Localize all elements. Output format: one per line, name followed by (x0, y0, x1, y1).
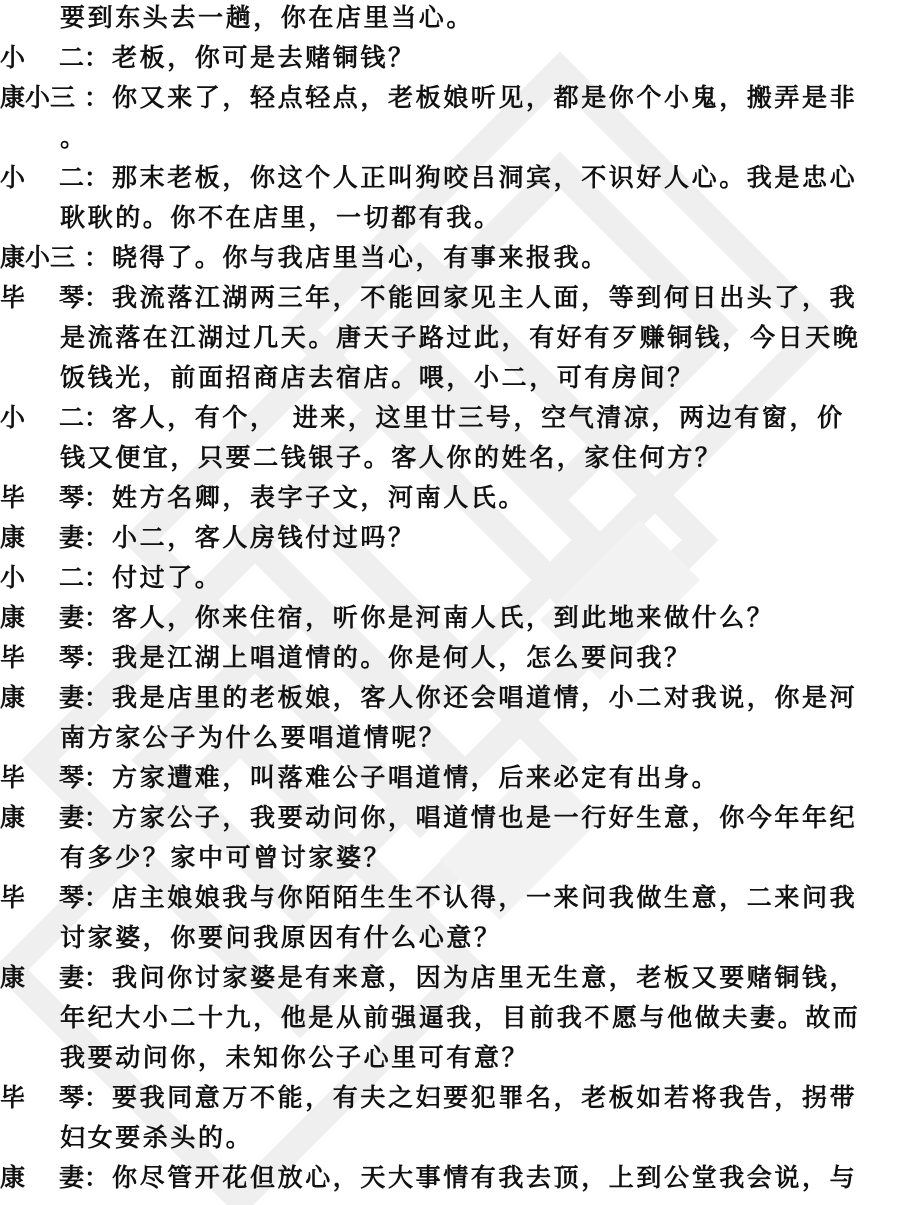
speaker-char: 琴 (59, 878, 84, 918)
speaker-colon: ： (84, 1158, 112, 1198)
speaker-char: 毕 (0, 478, 25, 518)
dialogue-text: 姓方名卿，表字子文，河南人氏。 (112, 483, 526, 512)
dialogue-text: 要我同意万不能，有夫之妇要犯罪名，老板如若将我告，拐带 (112, 1083, 857, 1112)
speaker-colon: ： (84, 798, 112, 838)
dialogue-line: 毕琴：要我同意万不能，有夫之妇要犯罪名，老板如若将我告，拐带 (0, 1078, 857, 1118)
speaker-char: 琴 (59, 1078, 84, 1118)
dialogue-text: 老板，你可是去赌铜钱？ (112, 43, 416, 72)
speaker-char: 康 (0, 1158, 25, 1198)
speaker-char: 毕 (0, 638, 25, 678)
speaker-colon: ： (84, 478, 112, 518)
speaker-char: 小 (0, 558, 25, 598)
speaker-char: 康 (0, 518, 25, 558)
dialogue-text: 晓得了。你与我店里当心，有事来报我。 (112, 243, 609, 272)
speaker-colon: ： (84, 638, 112, 678)
dialogue-continuation: 要到东头去一趟，你在店里当心。 (0, 0, 474, 38)
dialogue-line: 毕琴：方家遭难，叫落难公子唱道情，后来必定有出身。 (0, 758, 719, 798)
dialogue-text: 那末老板，你这个人正叫狗咬吕洞宾，不识好人心。我是忠心 (112, 163, 857, 192)
dialogue-text: 我要动问你，未知你公子心里可有意？ (60, 1043, 529, 1072)
speaker-name: 小二 (0, 158, 84, 198)
dialogue-text: 讨家婆，你要问我原因有什么心意？ (60, 923, 502, 952)
speaker-name: 康妻 (0, 1158, 84, 1198)
dialogue-line: 毕琴：店主娘娘我与你陌陌生生不认得，一来问我做生意，二来问我 (0, 878, 857, 918)
dialogue-continuation: 钱又便宜，只要二钱银子。客人你的姓名，家住何方？ (0, 438, 722, 478)
speaker-name: 康小三 (0, 238, 84, 278)
speaker-colon: ： (84, 518, 112, 558)
speaker-char: 妻 (59, 598, 84, 638)
dialogue-line: 毕琴：姓方名卿，表字子文，河南人氏。 (0, 478, 526, 518)
speaker-char: 妻 (59, 1158, 84, 1198)
speaker-name: 毕琴 (0, 278, 84, 318)
speaker-colon: ： (84, 38, 112, 78)
speaker-char: 琴 (59, 758, 84, 798)
dialogue-continuation: 有多少？家中可曾讨家婆？ (0, 838, 391, 878)
speaker-char: 琴 (59, 278, 84, 318)
speaker-char: 二 (59, 558, 84, 598)
dialogue-continuation: 饭钱光，前面招商店去宿店。喂，小二，可有房间？ (0, 358, 695, 398)
speaker-name: 毕琴 (0, 878, 84, 918)
dialogue-line: 康妻：方家公子，我要动问你，唱道情也是一行好生意，你今年年纪 (0, 798, 857, 838)
speaker-char: 妻 (59, 678, 84, 718)
dialogue-text: 饭钱光，前面招商店去宿店。喂，小二，可有房间？ (60, 363, 695, 392)
dialogue-line: 康妻：小二，客人房钱付过吗？ (0, 518, 416, 558)
dialogue-text: 客人，你来住宿，听你是河南人氏，到此地来做什么？ (112, 603, 774, 632)
speaker-char: 二 (59, 398, 84, 438)
dialogue-text: 我是店里的老板娘，客人你还会唱道情，小二对我说，你是河 (112, 683, 857, 712)
dialogue-text: 方家公子，我要动问你，唱道情也是一行好生意，你今年年纪 (112, 803, 857, 832)
dialogue-line: 毕琴：我是江湖上唱道情的。你是何人，怎么要问我？ (0, 638, 692, 678)
dialogue-text: 方家遭难，叫落难公子唱道情，后来必定有出身。 (112, 763, 719, 792)
dialogue-line: 小二：付过了。 (0, 558, 222, 598)
speaker-name: 康小三 (0, 78, 84, 118)
dialogue-text: 你又来了，轻点轻点，老板娘听见，都是你个小鬼，搬弄是非 (112, 83, 857, 112)
speaker-name: 小二 (0, 38, 84, 78)
dialogue-line: 康妻：客人，你来住宿，听你是河南人氏，到此地来做什么？ (0, 598, 774, 638)
dialogue-text: 钱又便宜，只要二钱银子。客人你的姓名，家住何方？ (60, 443, 722, 472)
dialogue-continuation: 。 (0, 118, 88, 158)
speaker-char: 小 (0, 38, 25, 78)
speaker-name: 小二 (0, 398, 84, 438)
dialogue-text: 付过了。 (112, 563, 222, 592)
speaker-char: 二 (59, 38, 84, 78)
speaker-name: 毕琴 (0, 758, 84, 798)
speaker-char: 琴 (59, 638, 84, 678)
dialogue-text: 。 (60, 123, 88, 152)
dialogue-continuation: 讨家婆，你要问我原因有什么心意？ (0, 918, 502, 958)
speaker-name: 康妻 (0, 798, 84, 838)
dialogue-continuation: 我要动问你，未知你公子心里可有意？ (0, 1038, 529, 1078)
speaker-name: 毕琴 (0, 1078, 84, 1118)
dialogue-text: 妇女要杀头的。 (60, 1123, 253, 1152)
dialogue-text: 是流落在江湖过几天。唐天子路过此，有好有歹赚铜钱，今日天晚 (60, 323, 860, 352)
speaker-colon: ： (84, 278, 112, 318)
speaker-name: 康妻 (0, 518, 84, 558)
speaker-char: 康 (0, 678, 25, 718)
speaker-name: 康妻 (0, 678, 84, 718)
dialogue-line: 小二：客人，有个， 进来，这里廿三号，空气清凉，两边有窗，价 (0, 398, 845, 438)
speaker-name: 毕琴 (0, 478, 84, 518)
dialogue-continuation: 妇女要杀头的。 (0, 1118, 253, 1158)
speaker-char: 康 (0, 598, 25, 638)
speaker-colon: ： (84, 958, 112, 998)
speaker-char: 琴 (59, 478, 84, 518)
dialogue-line: 康妻：我是店里的老板娘，客人你还会唱道情，小二对我说，你是河 (0, 678, 857, 718)
dialogue-text: 小二，客人房钱付过吗？ (112, 523, 416, 552)
dialogue-line: 小二：老板，你可是去赌铜钱？ (0, 38, 416, 78)
dialogue-continuation: 耿耿的。你不在店里，一切都有我。 (0, 198, 502, 238)
speaker-char: 毕 (0, 1078, 25, 1118)
speaker-colon: ： (84, 558, 112, 598)
speaker-char: 妻 (59, 798, 84, 838)
speaker-colon: ： (84, 1078, 112, 1118)
speaker-char: 妻 (59, 518, 84, 558)
dialogue-text: 店主娘娘我与你陌陌生生不认得，一来问我做生意，二来问我 (112, 883, 857, 912)
dialogue-line: 康小三：你又来了，轻点轻点，老板娘听见，都是你个小鬼，搬弄是非 (0, 78, 857, 118)
speaker-colon: ： (84, 758, 112, 798)
dialogue-line: 康小三：晓得了。你与我店里当心，有事来报我。 (0, 238, 609, 278)
speaker-char: 二 (59, 158, 84, 198)
speaker-char: 毕 (0, 758, 25, 798)
speaker-char: 妻 (59, 958, 84, 998)
dialogue-line: 康妻：我问你讨家婆是有来意，因为店里无生意，老板又要赌铜钱， (0, 958, 857, 998)
speaker-char: 小 (0, 158, 25, 198)
speaker-char: 康 (0, 798, 25, 838)
dialogue-continuation: 年纪大小二十九，他是从前强逼我，目前我不愿与他做夫妻。故而 (0, 998, 860, 1038)
speaker-colon: ： (84, 878, 112, 918)
speaker-colon: ： (84, 238, 112, 278)
dialogue-line: 康妻：你尽管开花但放心，天大事情有我去顶，上到公堂我会说，与 (0, 1158, 857, 1198)
dialogue-text: 你尽管开花但放心，天大事情有我去顶，上到公堂我会说，与 (112, 1163, 857, 1192)
speaker-name: 康妻 (0, 958, 84, 998)
speaker-colon: ： (84, 158, 112, 198)
dialogue-text: 年纪大小二十九，他是从前强逼我，目前我不愿与他做夫妻。故而 (60, 1003, 860, 1032)
dialogue-continuation: 是流落在江湖过几天。唐天子路过此，有好有歹赚铜钱，今日天晚 (0, 318, 860, 358)
dialogue-text: 南方家公子为什么要唱道情呢？ (60, 723, 446, 752)
dialogue-text: 我是江湖上唱道情的。你是何人，怎么要问我？ (112, 643, 692, 672)
dialogue-text: 要到东头去一趟，你在店里当心。 (60, 3, 474, 32)
speaker-colon: ： (84, 398, 112, 438)
dialogue-line: 毕琴：我流落江湖两三年，不能回家见主人面，等到何日出头了，我 (0, 278, 857, 318)
speaker-char: 小 (0, 398, 25, 438)
speaker-char: 毕 (0, 878, 25, 918)
speaker-colon: ： (84, 78, 112, 118)
speaker-name: 小二 (0, 558, 84, 598)
dialogue-text: 耿耿的。你不在店里，一切都有我。 (60, 203, 502, 232)
dialogue-text: 我流落江湖两三年，不能回家见主人面，等到何日出头了，我 (112, 283, 857, 312)
dialogue-text: 客人，有个， 进来，这里廿三号，空气清凉，两边有窗，价 (112, 403, 845, 432)
dialogue-line: 小二：那末老板，你这个人正叫狗咬吕洞宾，不识好人心。我是忠心 (0, 158, 857, 198)
speaker-colon: ： (84, 678, 112, 718)
speaker-name: 康妻 (0, 598, 84, 638)
dialogue-text: 有多少？家中可曾讨家婆？ (60, 843, 391, 872)
dialogue-continuation: 南方家公子为什么要唱道情呢？ (0, 718, 446, 758)
speaker-colon: ： (84, 598, 112, 638)
speaker-char: 康 (0, 958, 25, 998)
speaker-name: 毕琴 (0, 638, 84, 678)
dialogue-text: 我问你讨家婆是有来意，因为店里无生意，老板又要赌铜钱， (112, 963, 857, 992)
speaker-char: 毕 (0, 278, 25, 318)
